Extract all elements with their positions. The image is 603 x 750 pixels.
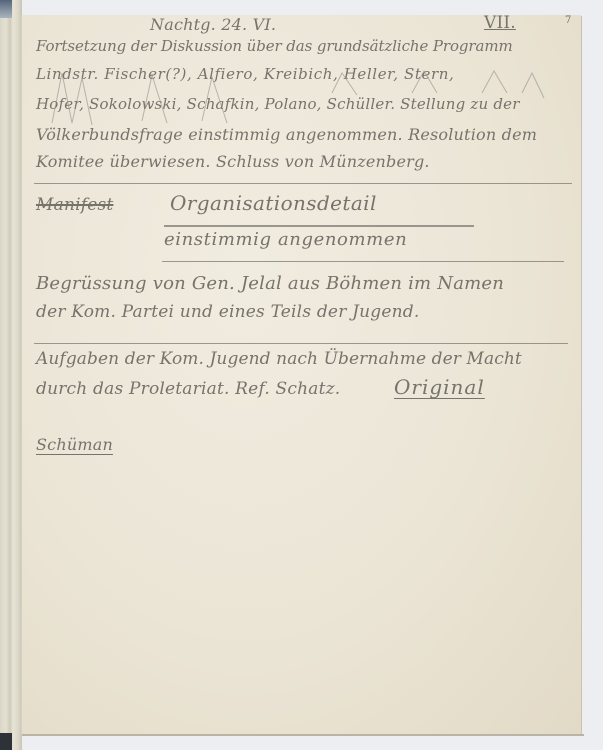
paragraph-4-line-2: durch das Proletariat. Ref. Schatz. xyxy=(36,379,340,399)
paragraph-1-line-2: Lindstr. Fischer(?), Alfiero, Kreibich, … xyxy=(36,65,454,83)
separator-1 xyxy=(34,183,572,184)
title-underline xyxy=(164,225,474,227)
header-date: Nachtg. 24. VI. xyxy=(150,15,276,34)
organisation-subline: einstimmig angenommen xyxy=(164,229,407,250)
binding-cover-top xyxy=(0,0,12,18)
organisation-title: Organisationsdetail xyxy=(170,191,377,215)
binding-cover-bottom xyxy=(0,733,12,750)
original-tag: Original xyxy=(394,375,485,399)
paragraph-3-line-1: Begrüssung von Gen. Jelal aus Böhmen im … xyxy=(36,273,504,294)
separator-2 xyxy=(34,343,568,344)
document-viewer: Nachtg. 24. VI. VII. 7 Fortsetzung der D… xyxy=(0,0,603,750)
paragraph-1-line-5: Komitee überwiesen. Schluss von Münzenbe… xyxy=(36,152,430,171)
paragraph-3-line-2: der Kom. Partei und eines Teils der Juge… xyxy=(36,302,419,322)
page-number: 7 xyxy=(565,15,572,26)
section-number: VII. xyxy=(484,13,516,33)
paragraph-1-line-3: Hofer, Sokolowski, Schafkin, Polano, Sch… xyxy=(36,95,520,113)
paragraph-1-line-1: Fortsetzung der Diskussion über das grun… xyxy=(36,37,513,55)
struck-word: Manifest xyxy=(36,195,113,215)
book-binding xyxy=(0,0,22,750)
page-bottom-edge xyxy=(22,734,584,736)
paragraph-1-line-4: Völkerbundsfrage einstimmig angenommen. … xyxy=(36,125,537,144)
signature: Schüman xyxy=(36,435,113,454)
subline-underline xyxy=(162,261,564,262)
manuscript-page: Nachtg. 24. VI. VII. 7 Fortsetzung der D… xyxy=(22,15,581,735)
paragraph-4-line-1: Aufgaben der Kom. Jugend nach Übernahme … xyxy=(36,349,522,369)
